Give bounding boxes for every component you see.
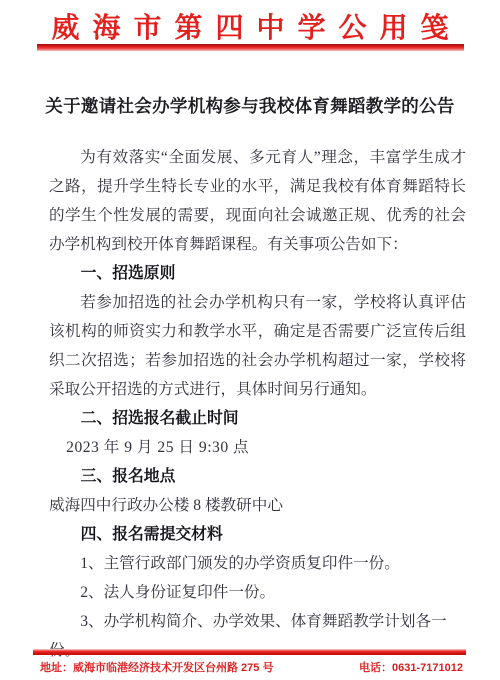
deadline-text: 2023 年 9 月 25 日 9:30 点 (49, 433, 466, 462)
footer-address-value: 威海市临港经济技术开发区台州路 275 号 (73, 662, 273, 674)
letterhead-rule (37, 44, 464, 51)
section-3-heading: 三、报名地点 (49, 462, 466, 491)
section-4-heading: 四、报名需提交材料 (49, 520, 466, 549)
footer-phone-value: 0631-7171012 (392, 662, 463, 674)
letterhead-title: 威海市第四中学公用笺 (0, 6, 500, 46)
footer-rule (33, 649, 466, 655)
footer-phone-label: 电话： (359, 662, 392, 674)
footer-phone: 电话：0631-7171012 (359, 659, 463, 675)
material-item-1: 1、主管行政部门颁发的办学资质复印件一份。 (49, 549, 466, 578)
footer-address-label: 地址： (40, 662, 73, 674)
footer-address: 地址：威海市临港经济技术开发区台州路 275 号 (40, 659, 273, 675)
location-text: 威海四中行政办公楼 8 楼教研中心 (49, 491, 466, 520)
section-1-heading: 一、招选原则 (49, 259, 466, 288)
section-2-heading: 二、招选报名截止时间 (49, 404, 466, 433)
material-item-2: 2、法人身份证复印件一份。 (49, 578, 466, 607)
notice-title: 关于邀请社会办学机构参与我校体育舞蹈教学的公告 (0, 93, 500, 118)
material-item-3: 3、办学机构简介、办学效果、体育舞蹈教学计划各一份。 (49, 607, 466, 665)
section-1-paragraph: 若参加招选的社会办学机构只有一家，学校将认真评估该机构的师资实力和教学水平，确定… (49, 288, 466, 404)
document-page: 威海市第四中学公用笺 关于邀请社会办学机构参与我校体育舞蹈教学的公告 为有效落实… (0, 0, 500, 680)
footer: 地址：威海市临港经济技术开发区台州路 275 号 电话：0631-7171012 (40, 659, 463, 675)
notice-body: 为有效落实“全面发展、多元育人”理念，丰富学生成才之路，提升学生特长专业的水平，… (49, 143, 466, 665)
intro-paragraph: 为有效落实“全面发展、多元育人”理念，丰富学生成才之路，提升学生特长专业的水平，… (49, 143, 466, 259)
